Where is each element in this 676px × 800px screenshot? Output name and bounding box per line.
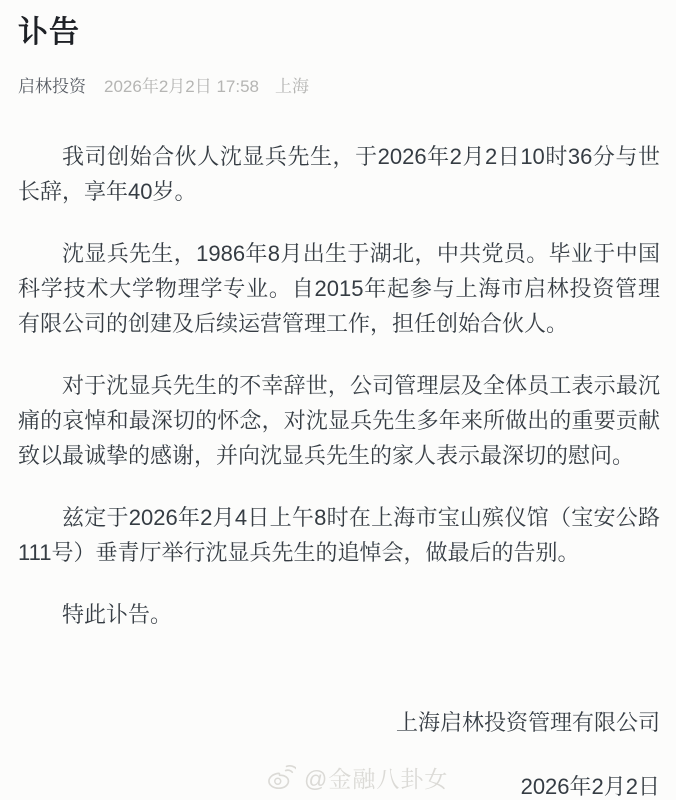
signature-company: 上海启林投资管理有限公司 [396, 706, 660, 737]
obituary-body: 我司创始合伙人沈显兵先生，于2026年2月2日10时36分与世长辞，享年40岁。… [18, 139, 660, 632]
obituary-article-page: 讣告 启林投资 2026年2月2日 17:58 上海 我司创始合伙人沈显兵先生，… [0, 0, 676, 800]
paragraph-condolences: 对于沈显兵先生的不幸辞世，公司管理层及全体员工表示最沉痛的哀悼和最深切的怀念，对… [18, 368, 660, 473]
paragraph-biography: 沈显兵先生，1986年8月出生于湖北，中共党员。毕业于中国科学技术大学物理学专业… [18, 236, 660, 341]
publish-datetime: 2026年2月2日 17:58 [104, 72, 259, 97]
weibo-icon [266, 765, 296, 791]
paragraph-memorial-arrangement: 兹定于2026年2月4日上午8时在上海市宝山殡仪馆（宝安公路111号）垂青厅举行… [18, 500, 660, 570]
signature-date: 2026年2月2日 [521, 770, 660, 800]
article-content: 讣告 启林投资 2026年2月2日 17:58 上海 我司创始合伙人沈显兵先生，… [0, 0, 676, 632]
paragraph-closing: 特此讣告。 [18, 597, 660, 632]
article-meta: 启林投资 2026年2月2日 17:58 上海 [18, 72, 660, 97]
publish-location: 上海 [275, 72, 309, 97]
watermark: @金融八卦女 [266, 761, 448, 794]
account-name-link[interactable]: 启林投资 [18, 72, 86, 97]
paragraph-announcement: 我司创始合伙人沈显兵先生，于2026年2月2日10时36分与世长辞，享年40岁。 [18, 139, 660, 209]
watermark-text: @金融八卦女 [304, 761, 448, 794]
article-title: 讣告 [18, 14, 660, 52]
